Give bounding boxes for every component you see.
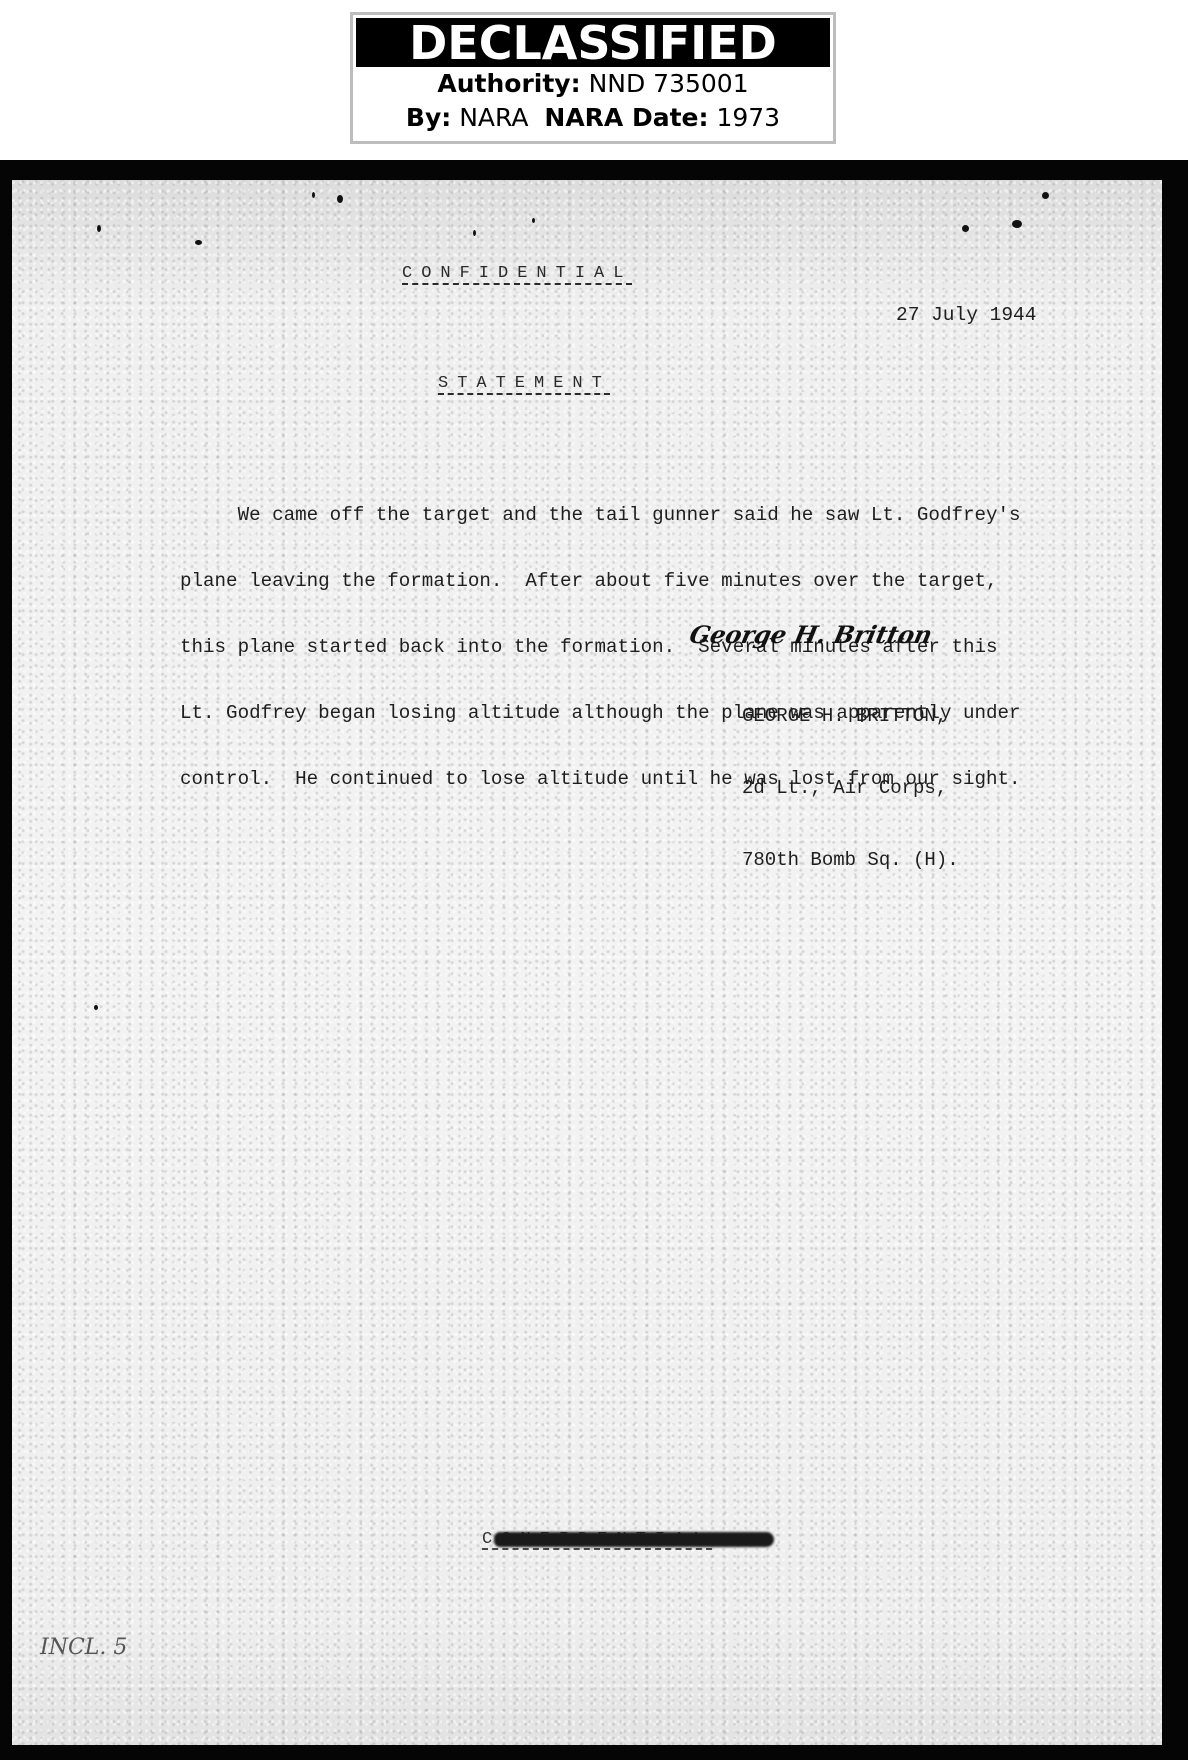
document-date: 27 July 1944 bbox=[896, 304, 1036, 326]
redaction-strike bbox=[494, 1532, 774, 1547]
scanned-document-frame: CONFIDENTIAL 27 July 1944 STATEMENT We c… bbox=[0, 160, 1188, 1760]
declassified-stamp: DECLASSIFIED Authority: NND 735001 By: N… bbox=[350, 12, 836, 144]
stamp-by-label: By: bbox=[406, 103, 451, 132]
document-page: CONFIDENTIAL 27 July 1944 STATEMENT We c… bbox=[12, 180, 1162, 1745]
stamp-date-value: 1973 bbox=[716, 103, 780, 132]
stamp-date-label: NARA Date: bbox=[544, 103, 708, 132]
document-heading: STATEMENT bbox=[438, 374, 611, 393]
stamp-by-date: By: NARA NARA Date: 1973 bbox=[353, 101, 833, 135]
stamp-authority-label: Authority: bbox=[437, 69, 580, 98]
body-line: plane leaving the formation. After about… bbox=[180, 570, 1021, 592]
stamp-by-value: NARA bbox=[459, 103, 528, 132]
signer-unit: 780th Bomb Sq. (H). bbox=[742, 848, 959, 872]
classification-footer-struck: CONFIDENTIAL bbox=[482, 1530, 782, 1560]
signer-name: GEORGE H. BRITTON, bbox=[742, 704, 959, 728]
stamp-authority-value: NND 735001 bbox=[589, 69, 749, 98]
signature-block: GEORGE H. BRITTON, 2d Lt., Air Corps, 78… bbox=[742, 656, 959, 920]
body-line: We came off the target and the tail gunn… bbox=[180, 504, 1021, 526]
stamp-title: DECLASSIFIED bbox=[356, 18, 830, 67]
enclosure-annotation: INCL. 5 bbox=[40, 1635, 127, 1660]
stamp-authority: Authority: NND 735001 bbox=[353, 67, 833, 101]
handwritten-signature: George H. Britton bbox=[687, 620, 935, 649]
classification-header: CONFIDENTIAL bbox=[402, 264, 632, 283]
signer-rank: 2d Lt., Air Corps, bbox=[742, 776, 959, 800]
